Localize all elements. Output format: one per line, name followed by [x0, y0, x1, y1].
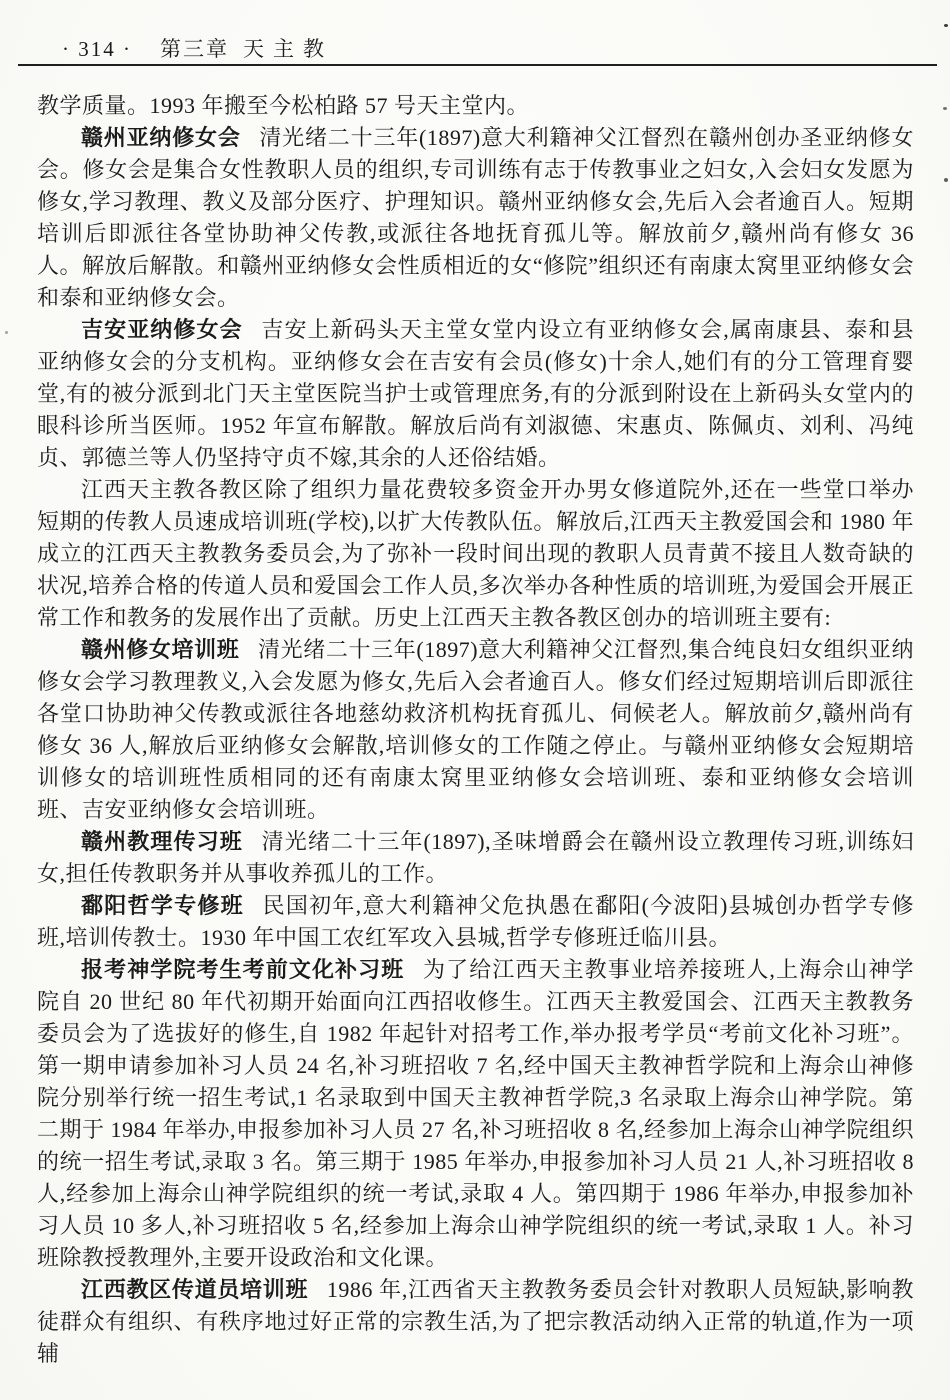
page-header: · 314 · 第三章 天主教 — [62, 33, 920, 63]
paragraph-head: 吉安亚纳修女会 — [81, 317, 243, 342]
scan-speck — [944, 24, 948, 27]
scan-speck — [944, 178, 948, 182]
paragraph-head: 赣州教理传习班 — [81, 829, 243, 854]
chapter-number: 第三章 — [160, 33, 229, 63]
paragraph: 鄱阳哲学专修班民国初年,意大利籍神父危执愚在鄱阳(今波阳)县城创办哲学专修班,培… — [37, 890, 914, 954]
paragraph: 江西天主教各教区除了组织力量花费较多资金开办男女修道院外,还在一些堂口举办短期的… — [37, 474, 914, 634]
paragraph-head: 赣州亚纳修女会 — [81, 125, 241, 150]
paragraph-text: 为了给江西天主教事业培养接班人,上海佘山神学院自 20 世纪 80 年代初期开始… — [37, 957, 914, 1270]
paragraph: 赣州修女培训班清光绪二十三年(1897)意大利籍神父江督烈,集合纯良妇女组织亚纳… — [37, 634, 914, 826]
header-rule — [18, 64, 937, 66]
paragraph-head: 报考神学院考生考前文化补习班 — [81, 957, 404, 982]
scanned-book-page: { "colors": { "paper": "#fbfbf9", "ink":… — [0, 0, 950, 1400]
paragraph-head: 赣州修女培训班 — [81, 637, 239, 662]
paragraph-text: 教学质量。1993 年搬至今松柏路 57 号天主堂内。 — [37, 93, 529, 118]
paragraph-text: 清光绪二十三年(1897)意大利籍神父江督烈,集合纯良妇女组织亚纳修女会学习教理… — [37, 637, 914, 822]
paragraph: 赣州亚纳修女会清光绪二十三年(1897)意大利籍神父江督烈在赣州创办圣亚纳修女会… — [37, 122, 914, 314]
page-body: 教学质量。1993 年搬至今松柏路 57 号天主堂内。赣州亚纳修女会清光绪二十三… — [37, 90, 914, 1370]
paragraph: 江西教区传道员培训班1986 年,江西省天主教教务委员会针对教职人员短缺,影响教… — [37, 1274, 914, 1370]
paragraph-text: 清光绪二十三年(1897)意大利籍神父江督烈在赣州创办圣亚纳修女会。修女会是集合… — [37, 125, 914, 310]
paragraph: 报考神学院考生考前文化补习班为了给江西天主教事业培养接班人,上海佘山神学院自 2… — [37, 954, 914, 1274]
paragraph-head: 江西教区传道员培训班 — [81, 1277, 308, 1302]
scan-speck — [943, 107, 947, 110]
chapter-title: 天主教 — [243, 33, 333, 63]
paragraph-text: 江西天主教各教区除了组织力量花费较多资金开办男女修道院外,还在一些堂口举办短期的… — [37, 477, 914, 630]
scan-speck — [5, 331, 8, 334]
paragraph: 吉安亚纳修女会吉安上新码头天主堂女堂内设立有亚纳修女会,属南康县、泰和县亚纳修女… — [37, 314, 914, 474]
paragraph: 赣州教理传习班清光绪二十三年(1897),圣味增爵会在赣州设立教理传习班,训练妇… — [37, 826, 914, 890]
paragraph-head: 鄱阳哲学专修班 — [81, 893, 244, 918]
paragraph: 教学质量。1993 年搬至今松柏路 57 号天主堂内。 — [37, 90, 914, 122]
page-number: · 314 · — [62, 37, 132, 62]
